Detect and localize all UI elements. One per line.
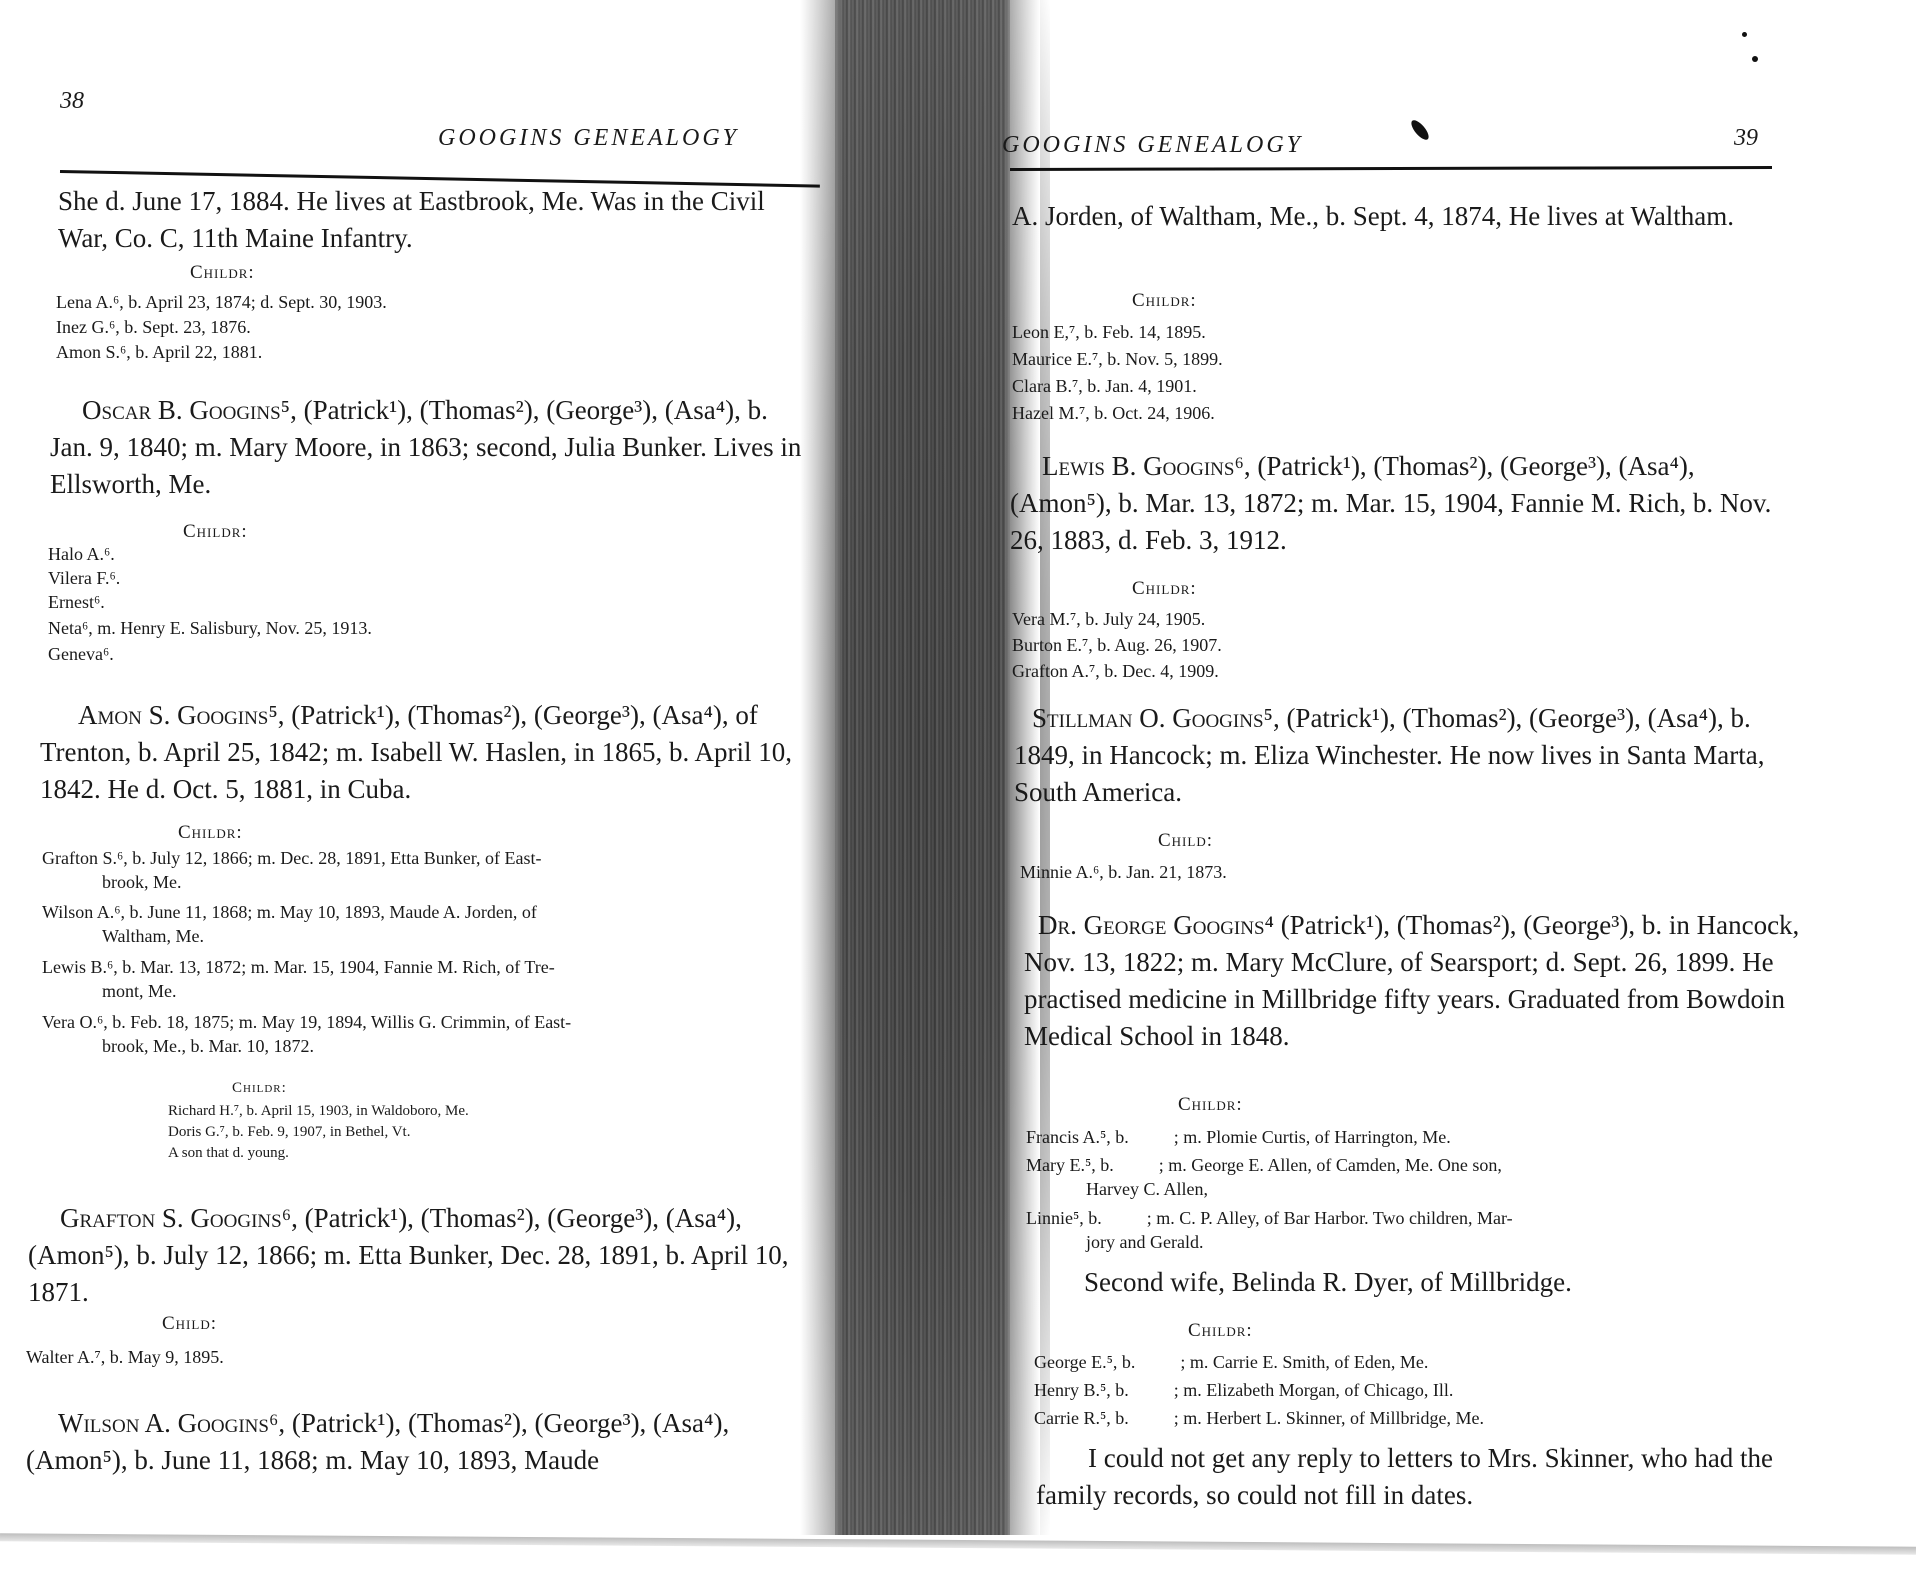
child-entry: Halo A.⁶. <box>48 542 115 566</box>
child-entry: Walter A.⁷, b. May 9, 1895. <box>26 1345 224 1369</box>
child-label: Child: <box>1158 830 1213 852</box>
child-entry: Leon E,⁷, b. Feb. 14, 1895. <box>1012 320 1206 344</box>
child-entry: George E.⁵, b. ; m. Carrie E. Smith, of … <box>1034 1350 1428 1374</box>
children-label: Childr: <box>232 1080 287 1097</box>
grandchild-entry: Richard H.⁷, b. April 15, 1903, in Waldo… <box>168 1101 469 1122</box>
child-entry: Carrie R.⁵, b. ; m. Herbert L. Skinner, … <box>1034 1406 1484 1430</box>
ink-speck <box>1752 56 1758 62</box>
entry-grafton-googins: Grafton S. Googins⁶, (Patrick¹), (Thomas… <box>28 1200 813 1311</box>
page-number: 38 <box>60 88 84 115</box>
children-label: Childr: <box>1178 1094 1243 1116</box>
person-name: Amon S. Googins⁵ <box>78 700 278 730</box>
child-entry: Grafton A.⁷, b. Dec. 4, 1909. <box>1012 659 1219 683</box>
child-entry: Amon S.⁶, b. April 22, 1881. <box>56 340 262 364</box>
entry-lewis-googins: Lewis B. Googins⁶, (Patrick¹), (Thomas²)… <box>1010 448 1790 559</box>
header-rule <box>1010 166 1772 171</box>
opening-paragraph: A. Jorden, of Waltham, Me., b. Sept. 4, … <box>1012 198 1782 235</box>
person-name: Stillman O. Googins⁵ <box>1032 703 1273 733</box>
grandchild-entry: Doris G.⁷, b. Feb. 9, 1907, in Bethel, V… <box>168 1122 410 1143</box>
child-entry: Ernest⁶. <box>48 590 105 614</box>
child-entry: Lewis B.⁶, b. Mar. 13, 1872; m. Mar. 15,… <box>42 955 812 1003</box>
children-label: Childr: <box>178 822 243 844</box>
child-entry: Lena A.⁶, b. April 23, 1874; d. Sept. 30… <box>56 290 387 314</box>
child-entry: Francis A.⁵, b. ; m. Plomie Curtis, of H… <box>1026 1125 1826 1149</box>
child-entry: Linnie⁵, b. ; m. C. P. Alley, of Bar Har… <box>1026 1206 1826 1254</box>
children-label: Childr: <box>190 262 255 284</box>
children-label: Childr: <box>1132 290 1197 312</box>
entry-stillman-googins: Stillman O. Googins⁵, (Patrick¹), (Thoma… <box>1014 700 1794 811</box>
child-label: Child: <box>162 1313 217 1335</box>
children-label: Childr: <box>183 521 248 543</box>
entry-dr-george-googins: Dr. George Googins⁴ (Patrick¹), (Thomas²… <box>1024 907 1804 1055</box>
child-entry: Maurice E.⁷, b. Nov. 5, 1899. <box>1012 347 1223 371</box>
left-page: 38 GOOGINS GENEALOGY She d. June 17, 188… <box>0 0 820 1530</box>
child-entry: Hazel M.⁷, b. Oct. 24, 1906. <box>1012 401 1215 425</box>
child-entry: Vilera F.⁶. <box>48 566 120 590</box>
person-name: Wilson A. Googins⁶ <box>58 1408 278 1438</box>
child-entry: Mary E.⁵, b. ; m. George E. Allen, of Ca… <box>1026 1153 1826 1201</box>
second-wife-note: Second wife, Belinda R. Dyer, of Millbri… <box>1084 1264 1784 1301</box>
child-entry: Geneva⁶. <box>48 642 114 666</box>
entry-oscar-googins: Oscar B. Googins⁵, (Patrick¹), (Thomas²)… <box>50 392 810 503</box>
children-label: Childr: <box>1188 1320 1253 1342</box>
child-entry: Clara B.⁷, b. Jan. 4, 1901. <box>1012 374 1197 398</box>
person-name: Grafton S. Googins⁶ <box>60 1203 291 1233</box>
closing-paragraph: I could not get any reply to letters to … <box>1036 1440 1836 1514</box>
child-entry: Minnie A.⁶, b. Jan. 21, 1873. <box>1020 860 1227 884</box>
page-number: 39 <box>1734 125 1758 152</box>
right-page: GOOGINS GENEALOGY 39 A. Jorden, of Walth… <box>1000 0 1916 1530</box>
child-entry: Vera O.⁶, b. Feb. 18, 1875; m. May 19, 1… <box>42 1010 812 1058</box>
entry-wilson-googins: Wilson A. Googins⁶, (Patrick¹), (Thomas²… <box>26 1405 806 1479</box>
person-name: Dr. George Googins⁴ <box>1038 910 1274 940</box>
child-entry: Inez G.⁶, b. Sept. 23, 1876. <box>56 315 251 339</box>
running-head: GOOGINS GENEALOGY <box>438 125 739 152</box>
child-entry: Grafton S.⁶, b. July 12, 1866; m. Dec. 2… <box>42 846 812 894</box>
person-name: Oscar B. Googins⁵ <box>82 395 290 425</box>
entry-amon-googins: Amon S. Googins⁵, (Patrick¹), (Thomas²),… <box>40 697 810 808</box>
grandchild-entry: A son that d. young. <box>168 1143 289 1164</box>
child-entry: Burton E.⁷, b. Aug. 26, 1907. <box>1012 633 1222 657</box>
child-entry: Neta⁶, m. Henry E. Salisbury, Nov. 25, 1… <box>48 616 372 640</box>
child-entry: Wilson A.⁶, b. June 11, 1868; m. May 10,… <box>42 900 812 948</box>
opening-paragraph: She d. June 17, 1884. He lives at Eastbr… <box>58 183 818 257</box>
ink-speck <box>1742 32 1747 37</box>
child-entry: Vera M.⁷, b. July 24, 1905. <box>1012 607 1205 631</box>
page-bottom-edge <box>0 1533 1916 1554</box>
children-label: Childr: <box>1132 578 1197 600</box>
person-name: Lewis B. Googins⁶ <box>1042 451 1244 481</box>
running-head: GOOGINS GENEALOGY <box>1002 132 1303 159</box>
ink-blot-mark <box>1408 118 1431 143</box>
book-gutter-core <box>835 0 1010 1535</box>
child-entry: Henry B.⁵, b. ; m. Elizabeth Morgan, of … <box>1034 1378 1453 1402</box>
